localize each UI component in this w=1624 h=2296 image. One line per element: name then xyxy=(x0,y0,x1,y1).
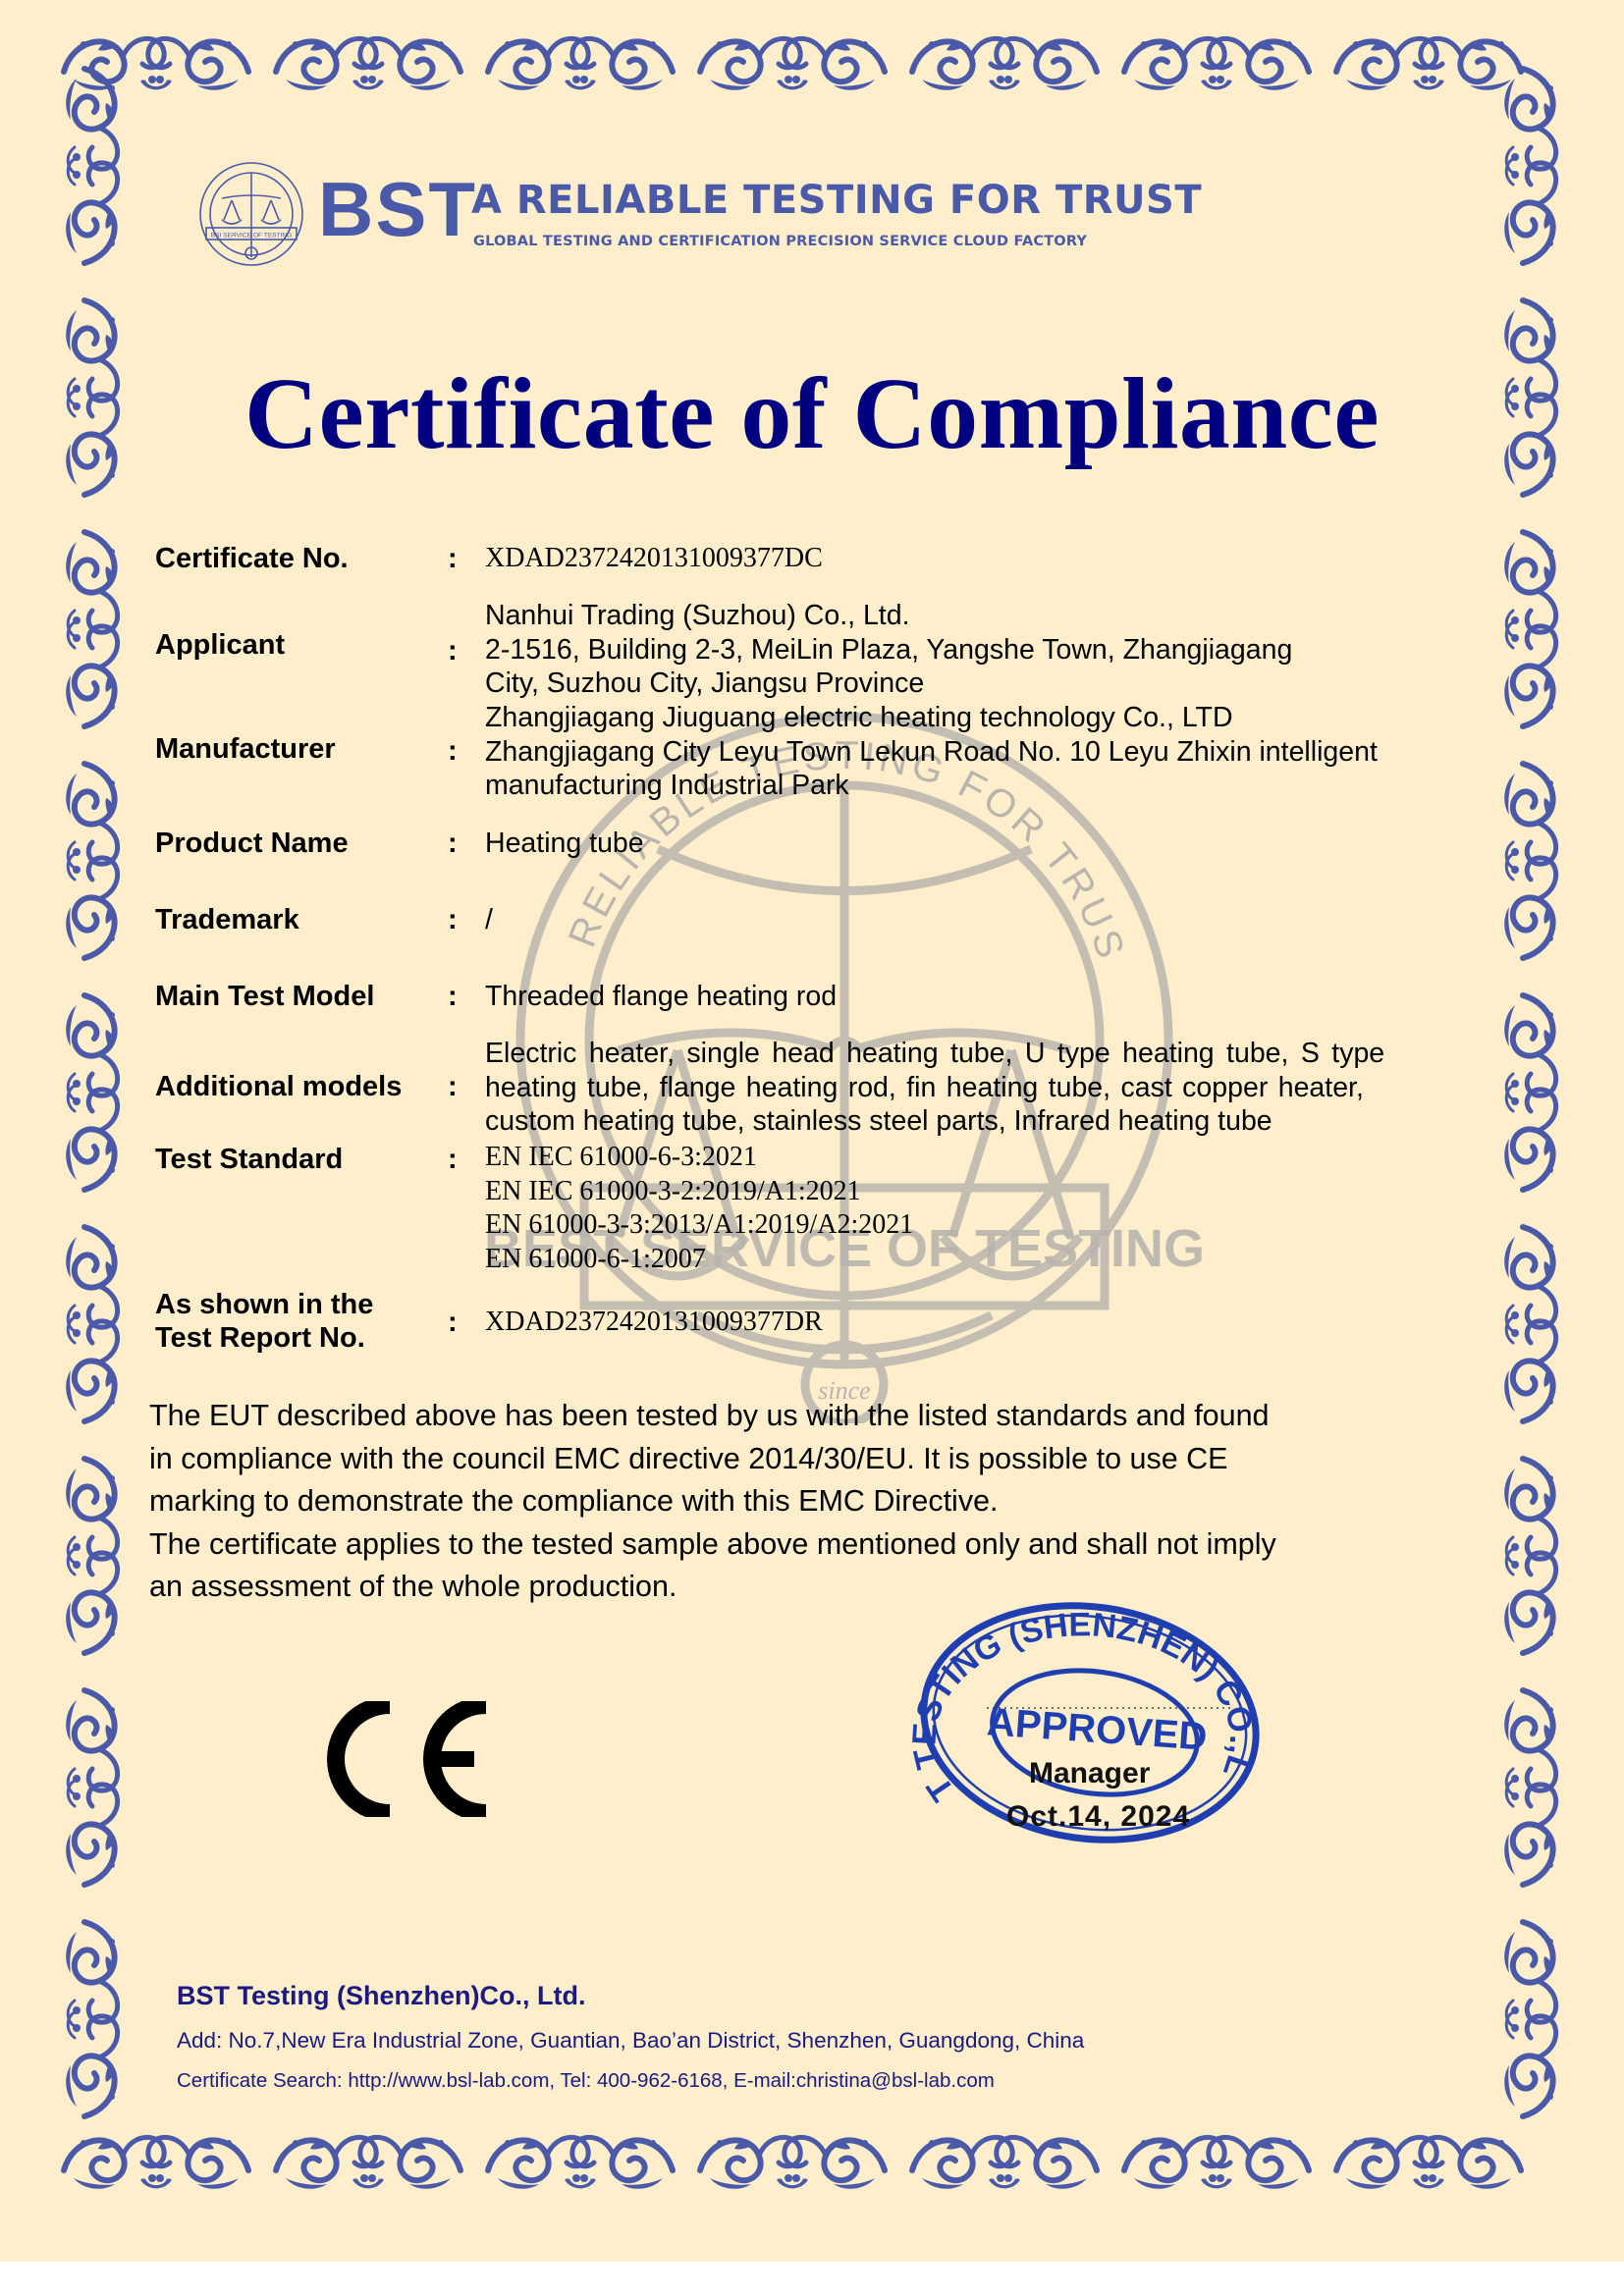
issuer-address: Add: No.7,New Era Industrial Zone, Guant… xyxy=(177,2028,1084,2054)
additional-models-line: Electric heater, single head heating tub… xyxy=(485,1037,1590,1071)
statement-line: The certificate applies to the tested sa… xyxy=(149,1523,1426,1567)
field-separator: : xyxy=(448,542,458,575)
applicant-line: 2-1516, Building 2-3, MeiLin Plaza, Yang… xyxy=(485,633,1447,667)
certificate-title: Certificate of Compliance xyxy=(0,355,1624,473)
svg-text:BSI SERVICE OF TESTING: BSI SERVICE OF TESTING xyxy=(211,233,293,240)
bst-logo: BSI SERVICE OF TESTING BST A RELIABLE TE… xyxy=(196,157,1198,273)
field-label: Main Test Model xyxy=(155,980,374,1013)
product-name-value: Heating tube xyxy=(485,827,1447,861)
applicant-value: Nanhui Trading (Suzhou) Co., Ltd. 2-1516… xyxy=(485,599,1447,701)
statement-line: The EUT described above has been tested … xyxy=(149,1395,1426,1438)
field-separator: : xyxy=(448,634,458,667)
field-label-line: Test Report No. xyxy=(155,1321,373,1355)
manufacturer-line: manufacturing Industrial Park xyxy=(485,769,1447,803)
test-standard-line: EN 61000-6-1:2007 xyxy=(485,1243,1447,1277)
brand-name: BST xyxy=(318,171,477,247)
stamp-date: Oct.14, 2024 xyxy=(1006,1800,1190,1834)
main-test-model-value: Threaded flange heating rod xyxy=(485,980,1447,1014)
additional-models-value: Electric heater, single head heating tub… xyxy=(485,1037,1590,1139)
field-label: Applicant xyxy=(155,628,285,662)
applicant-line: Nanhui Trading (Suzhou) Co., Ltd. xyxy=(485,599,1447,633)
field-separator: : xyxy=(448,1070,458,1103)
statement-paragraph: The certificate applies to the tested sa… xyxy=(149,1523,1426,1609)
field-separator: : xyxy=(448,903,458,936)
scales-emblem-icon: BSI SERVICE OF TESTING xyxy=(196,159,306,269)
field-label: Test Standard xyxy=(155,1143,343,1176)
trademark-value: / xyxy=(485,903,1447,937)
issuer-contact: Certificate Search: http://www.bsl-lab.c… xyxy=(177,2069,995,2093)
test-report-number: XDAD2372420131009377DR xyxy=(485,1306,1447,1340)
test-standard-line: EN IEC 61000-6-3:2021 xyxy=(485,1141,1447,1175)
field-label: As shown in the Test Report No. xyxy=(155,1288,373,1355)
certificate-page: A RELIABLE TESTING FOR TRUST BEST SERVIC… xyxy=(0,0,1624,2262)
test-standard-line: EN 61000-3-3:2013/A1:2019/A2:2021 xyxy=(485,1208,1447,1243)
statement-line: in compliance with the council EMC direc… xyxy=(149,1438,1426,1481)
compliance-statement: The EUT described above has been tested … xyxy=(149,1395,1426,1609)
field-label: Trademark xyxy=(155,903,299,936)
field-separator: : xyxy=(448,827,458,860)
issuer-company-name: BST Testing (Shenzhen)Co., Ltd. xyxy=(177,1981,585,2011)
field-label-line: As shown in the xyxy=(155,1288,373,1321)
statement-line: marking to demonstrate the compliance wi… xyxy=(149,1480,1426,1523)
field-label: Manufacturer xyxy=(155,732,336,766)
statement-paragraph: The EUT described above has been tested … xyxy=(149,1395,1426,1523)
ce-mark-icon: CE xyxy=(327,1701,494,1817)
applicant-line: City, Suzhou City, Jiangsu Province xyxy=(485,667,1447,701)
stamp-signatory: Manager xyxy=(1029,1757,1150,1790)
additional-models-line: heating tube, flange heating rod, fin he… xyxy=(485,1071,1590,1105)
field-label: Certificate No. xyxy=(155,542,349,575)
field-separator: : xyxy=(448,734,458,768)
field-label: Product Name xyxy=(155,827,349,860)
svg-text:APPROVED: APPROVED xyxy=(986,1700,1209,1759)
test-standard-value: EN IEC 61000-6-3:2021 EN IEC 61000-3-2:2… xyxy=(485,1141,1447,1276)
test-standard-line: EN IEC 61000-3-2:2019/A1:2021 xyxy=(485,1175,1447,1209)
manufacturer-value: Zhangjiagang Jiuguang electric heating t… xyxy=(485,701,1447,803)
field-separator: : xyxy=(448,980,458,1013)
manufacturer-line: Zhangjiagang Jiuguang electric heating t… xyxy=(485,701,1447,735)
additional-models-line: custom heating tube, stainless steel par… xyxy=(485,1104,1590,1139)
brand-subtitle: GLOBAL TESTING AND CERTIFICATION PRECISI… xyxy=(473,234,1087,249)
brand-tagline: A RELIABLE TESTING FOR TRUST xyxy=(471,179,1202,222)
field-label: Additional models xyxy=(155,1070,402,1103)
ornamental-border-bottom xyxy=(54,2120,1571,2201)
field-separator: : xyxy=(448,1306,458,1339)
certificate-number: XDAD2372420131009377DC xyxy=(485,542,1447,576)
manufacturer-line: Zhangjiagang City Leyu Town Lekun Road N… xyxy=(485,735,1447,770)
ornamental-border-top xyxy=(54,22,1571,102)
field-separator: : xyxy=(448,1143,458,1176)
